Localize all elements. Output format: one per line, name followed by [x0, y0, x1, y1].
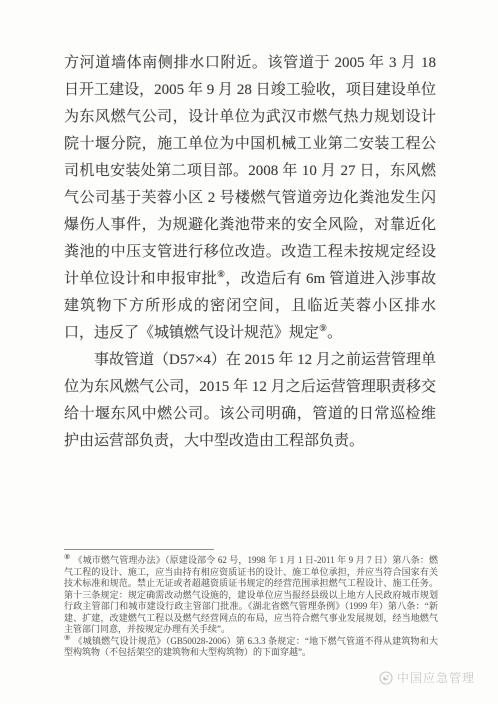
paragraph-text: 方河道墙体南侧排水口附近。该管道于 2005 年 3 月 18 日开工建设，20…: [64, 55, 436, 287]
body-text-block: 方河道墙体南侧排水口附近。该管道于 2005 年 3 月 18 日开工建设，20…: [64, 50, 436, 455]
document-page: 方河道墙体南侧排水口附近。该管道于 2005 年 3 月 18 日开工建设，20…: [0, 0, 498, 704]
watermark: 中国应急管理: [379, 669, 475, 686]
footnote-marker-9: ⑨: [64, 634, 74, 642]
watermark-text: 中国应急管理: [397, 669, 475, 686]
paragraph-text: 事故管道（D57×4）在 2015 年 12 月之前运营管理单位为东风燃气公司，…: [64, 352, 436, 449]
paragraph-text: 。: [327, 325, 342, 341]
footnote-ref-9: ⑨: [319, 323, 327, 333]
footnote-text: 《城镇燃气设计规范》（GB50028-2006）第 6.3.3 条规定：“地下燃…: [64, 636, 438, 658]
footnote-8: ⑧《城市燃气管理办法》（原建设部令 62 号，1998 年 1 月 1 日-20…: [64, 555, 438, 636]
footnote-9: ⑨《城镇燃气设计规范》（GB50028-2006）第 6.3.3 条规定：“地下…: [64, 636, 438, 659]
emergency-management-logo-icon: [379, 671, 393, 685]
footnote-separator: [64, 549, 214, 550]
paragraph-pipeline-management: 事故管道（D57×4）在 2015 年 12 月之前运营管理单位为东风燃气公司，…: [64, 347, 436, 455]
footnote-text: 《城市燃气管理办法》（原建设部令 62 号，1998 年 1 月 1 日-201…: [64, 555, 438, 634]
paragraph-pipeline-history: 方河道墙体南侧排水口附近。该管道于 2005 年 3 月 18 日开工建设，20…: [64, 50, 436, 347]
footnote-area: ⑧《城市燃气管理办法》（原建设部令 62 号，1998 年 1 月 1 日-20…: [64, 549, 438, 659]
